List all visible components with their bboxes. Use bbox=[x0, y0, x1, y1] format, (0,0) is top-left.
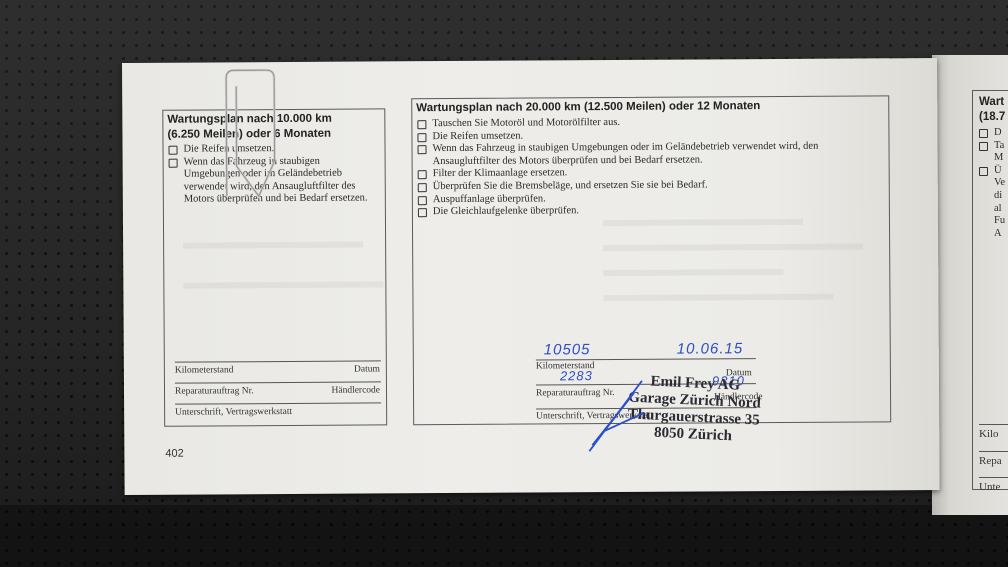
center-maintenance-panel: Wartungsplan nach 20.000 km (12.500 Meil… bbox=[411, 95, 891, 425]
field-line bbox=[175, 360, 381, 362]
center-checklist: Tauschen Sie Motoröl und Motorölfilter a… bbox=[417, 115, 883, 219]
right-panel-box: Wart (18.7 D Ta M Ü Ve di al Fu A Kilo R… bbox=[972, 90, 1008, 490]
dealer-code-label: Händlercode bbox=[331, 385, 380, 395]
checkbox-icon[interactable] bbox=[979, 129, 988, 138]
checkbox-icon[interactable] bbox=[418, 196, 427, 205]
checkbox-icon[interactable] bbox=[418, 183, 427, 192]
checkbox-icon[interactable] bbox=[418, 208, 427, 217]
field-line bbox=[175, 381, 381, 383]
checkbox-icon[interactable] bbox=[169, 146, 178, 155]
checklist-item: Ü bbox=[979, 165, 1005, 178]
facing-page: Wart (18.7 D Ta M Ü Ve di al Fu A Kilo R… bbox=[932, 55, 1008, 515]
field-line bbox=[979, 477, 1008, 478]
checkbox-icon[interactable] bbox=[417, 133, 426, 142]
field-line bbox=[536, 358, 756, 360]
seat-seam bbox=[0, 505, 1008, 567]
right-panel-title-1: Wart bbox=[979, 95, 1004, 110]
handwritten-date: 10.06.15 bbox=[677, 340, 743, 357]
checkbox-icon[interactable] bbox=[418, 145, 427, 154]
checklist-item-cont: M bbox=[979, 152, 1005, 165]
checkbox-icon[interactable] bbox=[418, 171, 427, 180]
signature-scribble bbox=[584, 373, 654, 453]
paper-clip bbox=[218, 66, 289, 206]
signature-label: Unterschrift, Vertragswerkstatt bbox=[175, 407, 292, 418]
handwritten-km: 10505 bbox=[544, 341, 591, 358]
checkbox-icon[interactable] bbox=[979, 167, 988, 176]
date-label: Datum bbox=[354, 364, 380, 374]
checkbox-icon[interactable] bbox=[417, 120, 426, 129]
right-panel-items: D Ta M Ü Ve di al Fu A bbox=[979, 127, 1005, 240]
checklist-item: D bbox=[979, 127, 1005, 140]
field-line bbox=[979, 451, 1008, 452]
checklist-item: Ta bbox=[979, 140, 1005, 153]
field-line bbox=[979, 424, 1008, 425]
field-label: Repa bbox=[979, 455, 1002, 467]
right-panel-title-2: (18.7 bbox=[979, 110, 1005, 125]
service-booklet-page: Wartungsplan nach 10.000 km (6.250 Meile… bbox=[122, 58, 940, 495]
checkbox-icon[interactable] bbox=[169, 158, 178, 167]
field-label: Unte bbox=[979, 481, 1000, 493]
checkbox-icon[interactable] bbox=[979, 142, 988, 151]
field-line bbox=[175, 402, 381, 404]
checklist-item: Wenn das Fahrzeug in staubigen Umgebunge… bbox=[417, 141, 882, 169]
order-label: Reparaturauftrag Nr. bbox=[175, 386, 254, 396]
page-number: 402 bbox=[165, 448, 183, 460]
km-label: Kilometerstand bbox=[175, 365, 234, 375]
field-label: Kilo bbox=[979, 428, 999, 440]
center-panel-title: Wartungsplan nach 20.000 km (12.500 Meil… bbox=[416, 99, 760, 116]
checklist-item: Die Gleichlaufgelenke überprüfen. bbox=[418, 204, 883, 219]
